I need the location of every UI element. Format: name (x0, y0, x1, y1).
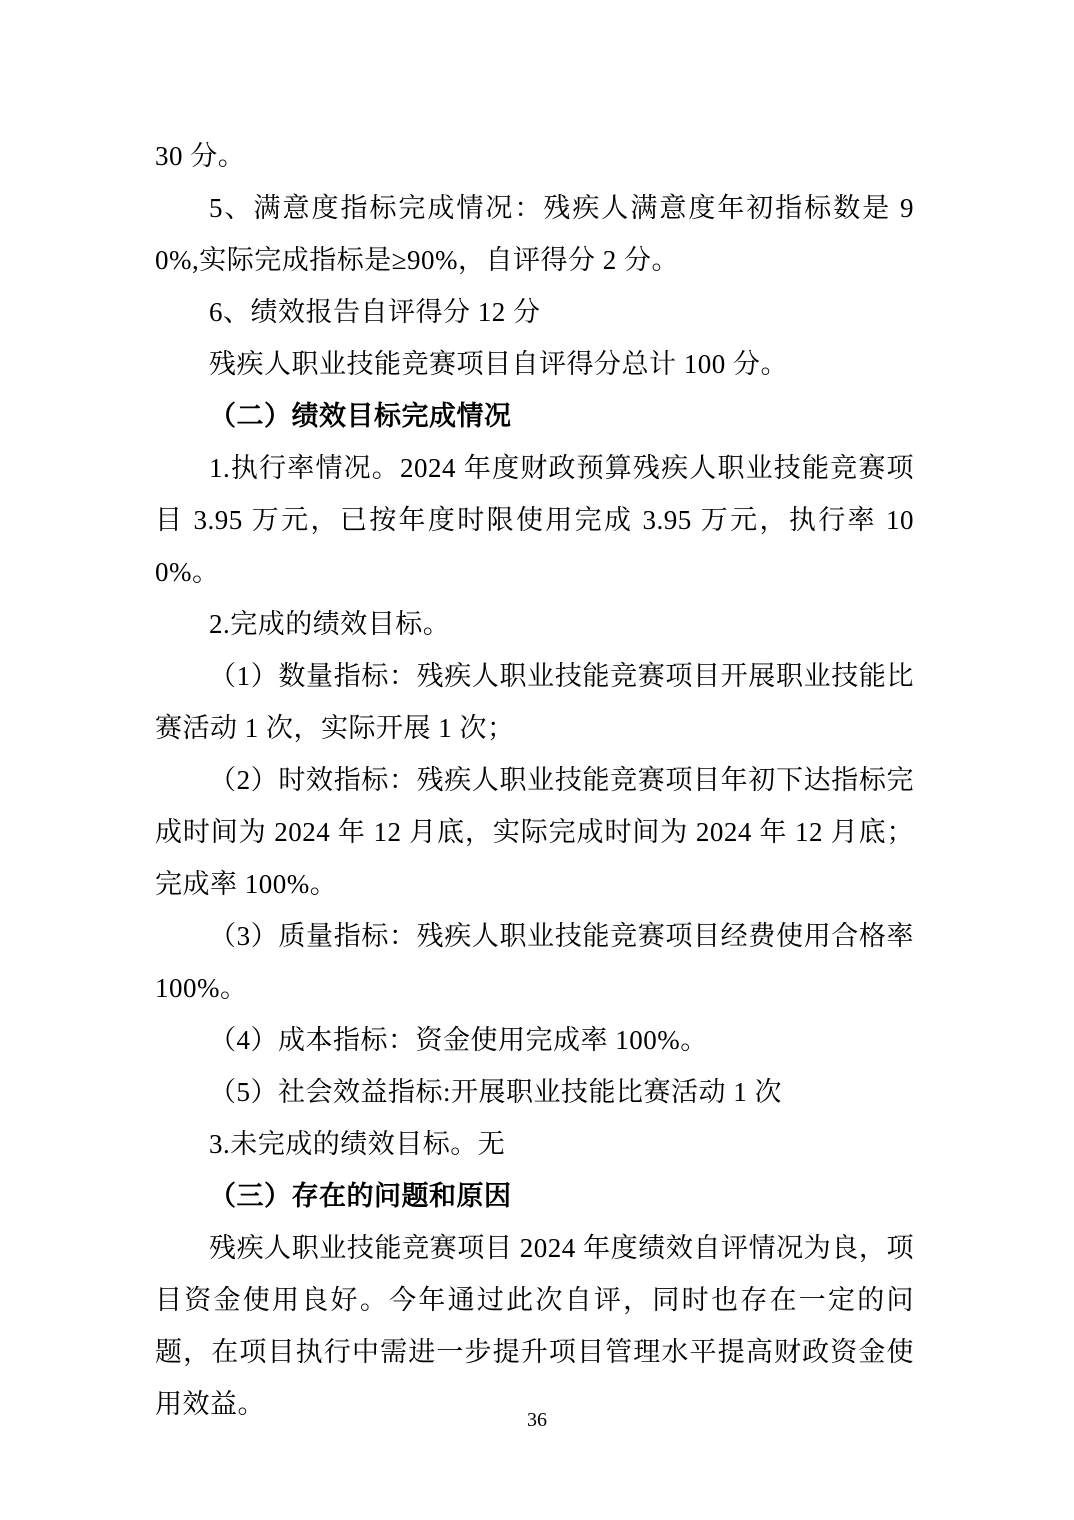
paragraph-report-self-score: 6、绩效报告自评得分 12 分 (155, 286, 914, 338)
paragraph-problems-summary: 残疾人职业技能竞赛项目 2024 年度绩效自评情况为良，项目资金使用良好。今年通… (155, 1222, 914, 1430)
paragraph-cost-indicator: （4）成本指标：资金使用完成率 100%。 (155, 1014, 914, 1066)
paragraph-score-continuation: 30 分。 (155, 130, 914, 182)
paragraph-execution-rate: 1.执行率情况。2024 年度财政预算残疾人职业技能竞赛项目 3.95 万元，已… (155, 442, 914, 598)
section-heading-goal-completion: （二）绩效目标完成情况 (155, 390, 914, 442)
paragraph-total-score: 残疾人职业技能竞赛项目自评得分总计 100 分。 (155, 338, 914, 390)
document-body: 30 分。 5、满意度指标完成情况：残疾人满意度年初指标数是 90%,实际完成指… (155, 130, 914, 1430)
paragraph-quality-indicator: （3）质量指标：残疾人职业技能竞赛项目经费使用合格率 100%。 (155, 910, 914, 1014)
paragraph-uncompleted-goals: 3.未完成的绩效目标。无 (155, 1118, 914, 1170)
page-number: 36 (0, 1408, 1074, 1432)
section-heading-problems-and-causes: （三）存在的问题和原因 (155, 1170, 914, 1222)
paragraph-timeliness-indicator: （2）时效指标：残疾人职业技能竞赛项目年初下达指标完成时间为 2024 年 12… (155, 754, 914, 910)
document-page: 30 分。 5、满意度指标完成情况：残疾人满意度年初指标数是 90%,实际完成指… (0, 0, 1074, 1520)
paragraph-completed-goals: 2.完成的绩效目标。 (155, 598, 914, 650)
paragraph-social-benefit-indicator: （5）社会效益指标:开展职业技能比赛活动 1 次 (155, 1066, 914, 1118)
paragraph-satisfaction-indicator: 5、满意度指标完成情况：残疾人满意度年初指标数是 90%,实际完成指标是≥90%… (155, 182, 914, 286)
paragraph-quantity-indicator: （1）数量指标：残疾人职业技能竞赛项目开展职业技能比赛活动 1 次，实际开展 1… (155, 650, 914, 754)
